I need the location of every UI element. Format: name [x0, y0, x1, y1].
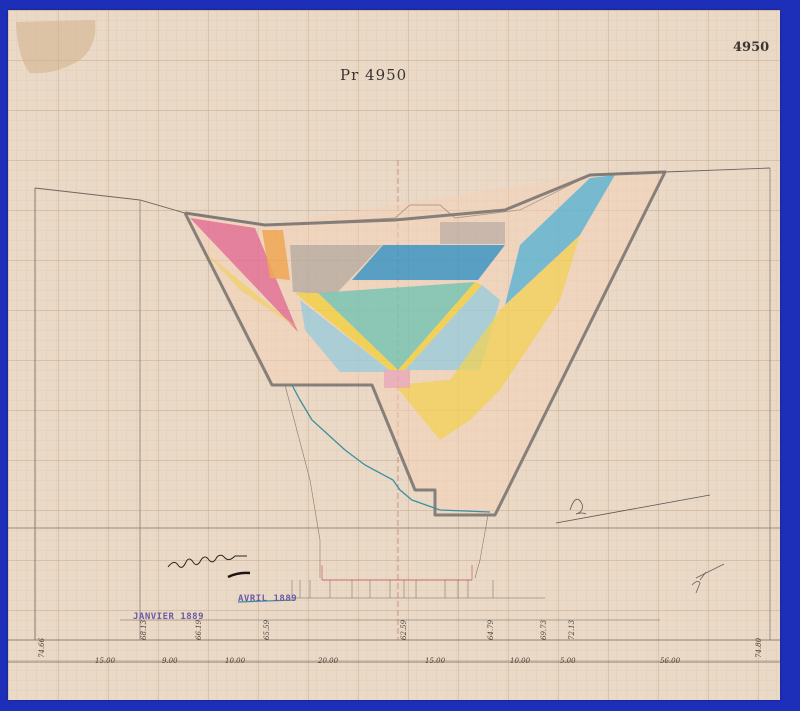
elevation-label: 69.73: [540, 620, 548, 640]
elevation-label: 72.13: [568, 620, 576, 640]
elevation-label: 74.80: [755, 638, 763, 658]
elevation-label: 64.79: [487, 620, 495, 640]
elevation-label: 74.66: [38, 638, 46, 658]
elevation-label: 66.19: [195, 620, 203, 640]
distance-label: 15.00: [425, 657, 445, 665]
elevation-label: 68.13: [140, 620, 148, 640]
distance-label: 56.00: [660, 657, 680, 665]
profile-title: Pr 4950: [340, 66, 407, 84]
stamp-avril: AVRIL 1889: [238, 594, 297, 604]
sheet-number: 4950: [733, 40, 769, 55]
elevation-label: 62.59: [400, 620, 408, 640]
pink-square: [384, 370, 410, 388]
distance-label: 10.00: [225, 657, 245, 665]
gray-block-right: [440, 222, 505, 244]
distance-label: 10.00: [510, 657, 530, 665]
distance-label: 5.00: [560, 657, 576, 665]
distance-label: 20.00: [318, 657, 338, 665]
distance-label: 15.00: [95, 657, 115, 665]
distance-label: 9.00: [162, 657, 178, 665]
cross-section-drawing: [8, 10, 780, 700]
elevation-label: 65.59: [263, 620, 271, 640]
drawing-sheet: Pr 4950 4950 JANVIER 1889 AVRIL 1889 15.…: [8, 10, 780, 700]
